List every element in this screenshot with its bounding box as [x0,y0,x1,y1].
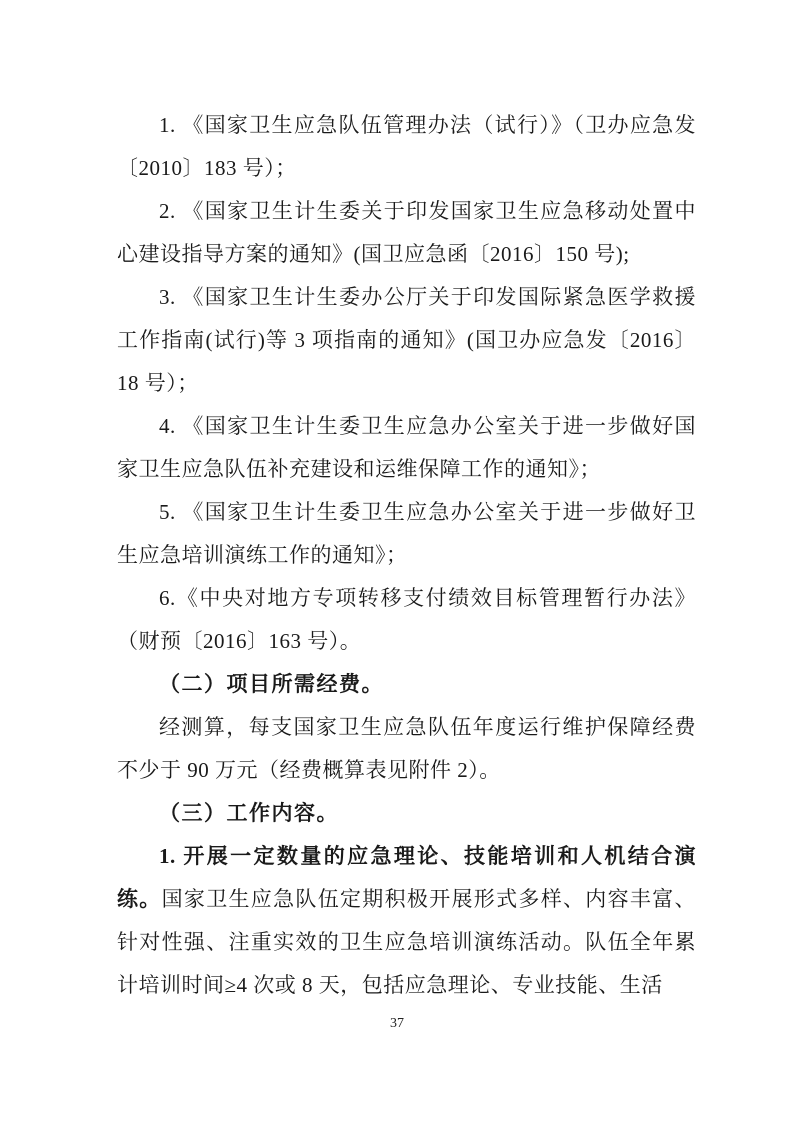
paragraph-reference-6: 6.《中央对地方专项转移支付绩效目标管理暂行办法》（财预〔2016〕163 号）… [117,577,696,663]
paragraph-reference-5: 5. 《国家卫生计生委卫生应急办公室关于进一步做好卫生应急培训演练工作的通知》； [117,491,696,577]
paragraph-reference-1: 1. 《国家卫生应急队伍管理办法（试行）》（卫办应急发〔2010〕183 号）； [117,104,696,190]
section-heading-work-content: （三）工作内容。 [117,792,696,835]
page-number: 37 [390,1016,404,1031]
paragraph-work-item-1: 1. 开展一定数量的应急理论、技能培训和人机结合演练。国家卫生应急队伍定期积极开… [117,835,696,1007]
paragraph-funds-body: 经测算，每支国家卫生应急队伍年度运行维护保障经费不少于 90 万元（经费概算表见… [117,706,696,792]
paragraph-reference-3: 3. 《国家卫生计生委办公厅关于印发国际紧急医学救援工作指南(试行)等 3 项指… [117,276,696,405]
document-body: 1. 《国家卫生应急队伍管理办法（试行）》（卫办应急发〔2010〕183 号）；… [117,104,696,1007]
work-item-1-text: 国家卫生应急队伍定期积极开展形式多样、内容丰富、针对性强、注重实效的卫生应急培训… [117,887,696,997]
paragraph-reference-2: 2. 《国家卫生计生委关于印发国家卫生应急移动处置中心建设指导方案的通知》(国卫… [117,190,696,276]
document-page: 1. 《国家卫生应急队伍管理办法（试行）》（卫办应急发〔2010〕183 号）；… [0,0,794,1122]
paragraph-reference-4: 4. 《国家卫生计生委卫生应急办公室关于进一步做好国家卫生应急队伍补充建设和运维… [117,405,696,491]
page-footer: 37 [0,1014,794,1034]
section-heading-funds: （二）项目所需经费。 [117,663,696,706]
